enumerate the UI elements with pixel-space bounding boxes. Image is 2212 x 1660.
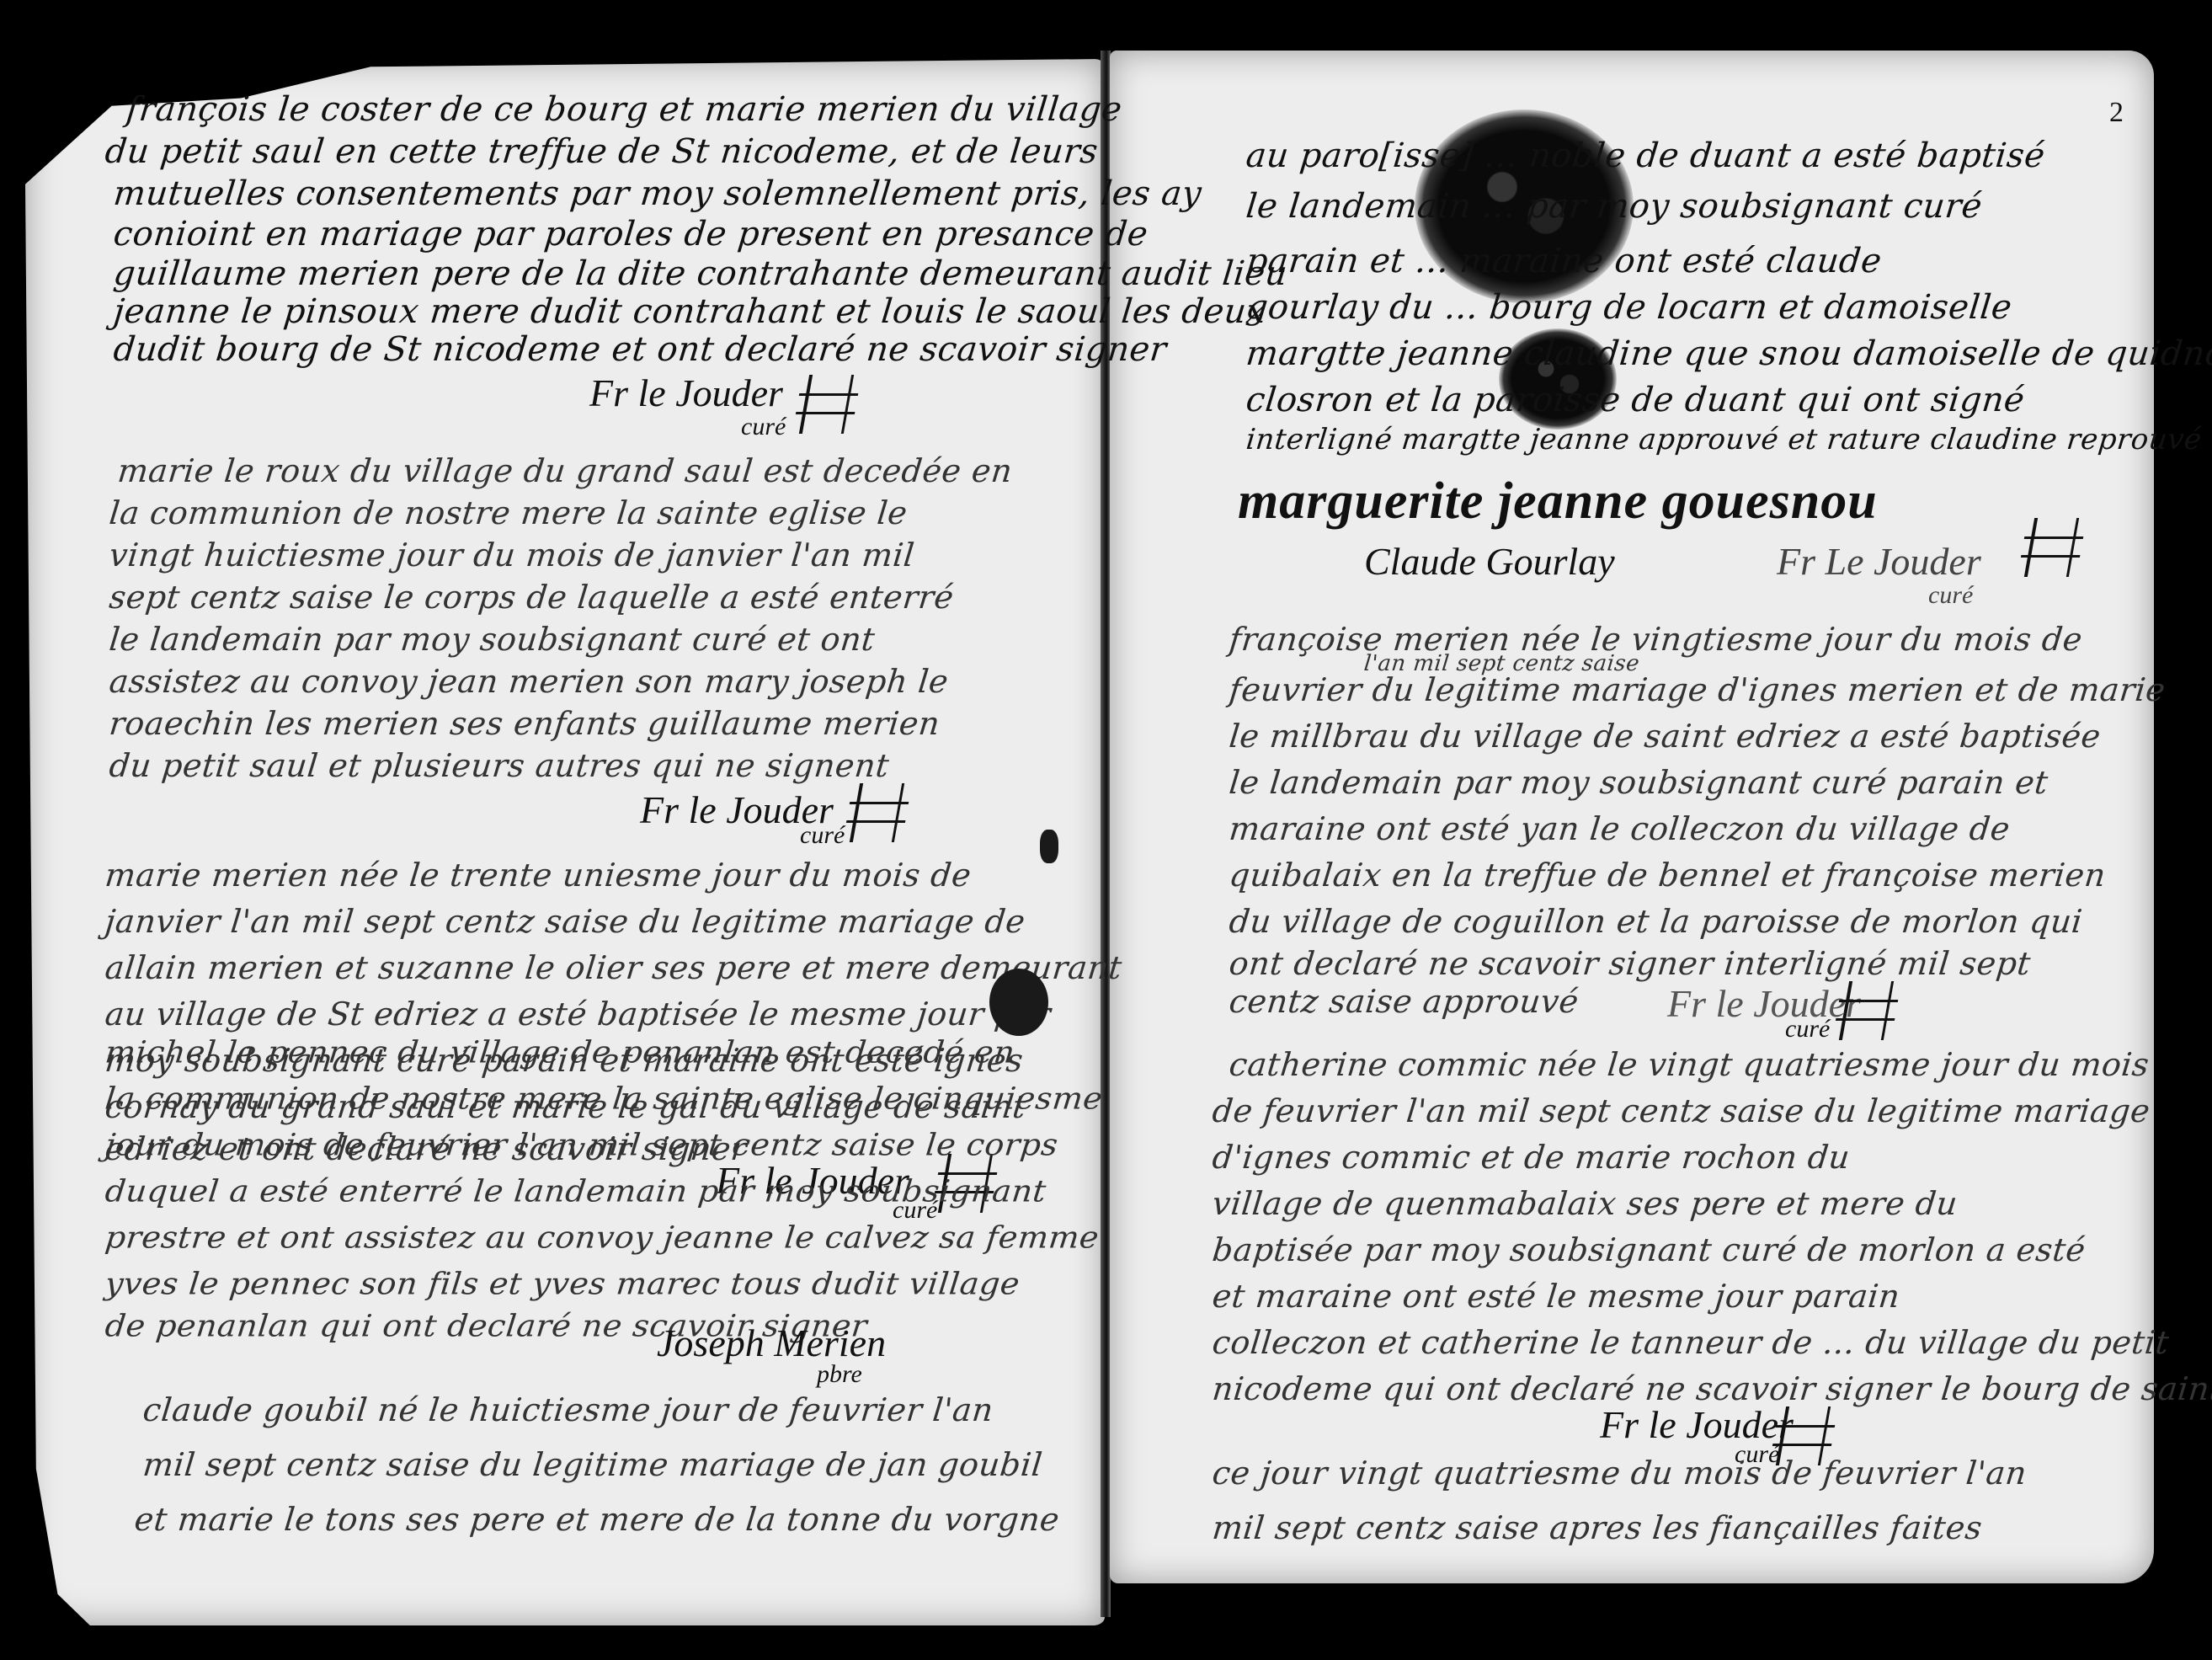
text-line: marie le roux du village du grand saul e… bbox=[116, 455, 1014, 487]
text-line: prestre et ont assistez au convoy jeanne… bbox=[104, 1222, 1101, 1252]
signature-claude-gourlay: Claude Gourlay bbox=[1364, 539, 1615, 584]
text-line: margtte jeanne claudine que snou damoise… bbox=[1245, 337, 2212, 371]
text-line: mil sept centz saise du legitime mariage… bbox=[141, 1449, 1044, 1481]
signature-title: curé bbox=[741, 413, 786, 441]
text-line: dudit bourg de St nicodeme et ont declar… bbox=[112, 333, 1169, 366]
signature-title: curé bbox=[1785, 1015, 1830, 1044]
signature-title: curé bbox=[800, 821, 845, 850]
text-line: village de quenmabalaix ses pere et mere… bbox=[1211, 1188, 1959, 1220]
text-line: ce jour vingt quatriesme du mois de feuv… bbox=[1211, 1457, 2028, 1489]
text-line: le millbrau du village de saint edriez a… bbox=[1228, 720, 2103, 752]
text-line: colleczon et catherine le tanneur de ...… bbox=[1211, 1326, 2171, 1358]
ink-blot bbox=[989, 969, 1048, 1036]
text-line: et maraine ont esté le mesme jour parain bbox=[1211, 1280, 1901, 1312]
text-line: sept centz saise le corps de laquelle a … bbox=[108, 581, 956, 613]
text-line: allain merien et suzanne le olier ses pe… bbox=[104, 952, 1123, 984]
text-line: roaechin les merien ses enfants guillaum… bbox=[108, 707, 941, 739]
page-number: 2 bbox=[2109, 97, 2124, 129]
text-line: du petit saul et plusieurs autres qui ne… bbox=[108, 750, 891, 782]
text-line: de feuvrier l'an mil sept centz saise du… bbox=[1211, 1095, 2151, 1127]
text-line: le landemain par moy soubsignant curé pa… bbox=[1228, 766, 2049, 798]
text-line: la communion de nostre mere la sainte eg… bbox=[104, 1083, 1104, 1113]
signature-cure: Fr Le Jouder bbox=[1777, 539, 1981, 584]
text-line: la communion de nostre mere la sainte eg… bbox=[108, 497, 909, 529]
text-line: le landemain par moy soubsignant curé et… bbox=[108, 623, 877, 655]
text-line: d'ignes commic et de marie rochon du bbox=[1211, 1141, 1852, 1173]
signature-joseph-merien: Joseph Merien bbox=[657, 1321, 886, 1365]
text-line: mutuelles consentements par moy solemnel… bbox=[112, 177, 1203, 211]
signature: Fr le Jouder bbox=[589, 371, 783, 415]
text-line: quibalaix en la treffue de bennel et fra… bbox=[1228, 859, 2108, 891]
text-line: maraine ont esté yan le colleczon du vil… bbox=[1228, 813, 2012, 845]
text-line: conioint en mariage par paroles de prese… bbox=[112, 217, 1149, 251]
text-line: catherine commic née le vingt quatriesme… bbox=[1228, 1049, 2151, 1081]
text-line: françoise merien née le vingtiesme jour … bbox=[1228, 623, 2084, 655]
text-line: au village de St edriez a esté baptisée … bbox=[104, 998, 1053, 1030]
text-line: nicodeme qui ont declaré ne scavoir sign… bbox=[1211, 1373, 2212, 1405]
text-line: au paro[isse] ... noble de duant a esté … bbox=[1245, 139, 2047, 173]
text-line: centz saise approuvé bbox=[1228, 985, 1580, 1017]
text-line: closron et la paroisse de duant qui ont … bbox=[1245, 383, 2027, 417]
text-line: claude goubil né le huictiesme jour de f… bbox=[141, 1394, 995, 1426]
text-line: du petit saul en cette treffue de St nic… bbox=[104, 135, 1100, 168]
text-line: mil sept centz saise apres les fiançaill… bbox=[1211, 1512, 1984, 1544]
text-line: guillaume merien pere de la dite contrah… bbox=[112, 257, 1289, 291]
text-line: le landemain ... par moy soubsignant cur… bbox=[1245, 189, 1984, 223]
text-line: janvier l'an mil sept centz saise du leg… bbox=[104, 905, 1027, 937]
text-line: yves le pennec son fils et yves marec to… bbox=[104, 1268, 1021, 1299]
text-line: michel le pennec du village de penanlan … bbox=[104, 1037, 1016, 1067]
signature: Fr le Jouder bbox=[1667, 981, 1861, 1026]
text-line: jour du mois de feuvrier l'an mil sept c… bbox=[104, 1129, 1059, 1160]
text-line: et marie le tons ses pere et mere de la … bbox=[133, 1503, 1061, 1535]
text-line: du village de coguillon et la paroisse d… bbox=[1228, 905, 2084, 937]
ink-blot bbox=[1040, 830, 1058, 863]
text-line: vingt huictiesme jour du mois de janvier… bbox=[108, 539, 916, 571]
signature-title: curé bbox=[1928, 581, 1973, 610]
interlinear-note: interligné margtte jeanne approuvé et ra… bbox=[1245, 425, 2203, 454]
text-line: jeanne le pinsoux mere dudit contrahant … bbox=[112, 295, 1267, 328]
text-line: françois le coster de ce bourg et marie … bbox=[125, 93, 1124, 126]
text-line: marie merien née le trente uniesme jour … bbox=[104, 859, 973, 891]
text-line: baptisée par moy soubsignant curé de mor… bbox=[1211, 1234, 2087, 1266]
text-line: duquel a esté enterré le landemain par m… bbox=[104, 1176, 1047, 1206]
text-line: feuvrier du legitime mariage d'ignes mer… bbox=[1228, 674, 2167, 706]
signature-title: pbre bbox=[817, 1360, 862, 1389]
text-line: ont declaré ne scavoir signer interligné… bbox=[1228, 947, 2032, 979]
text-line: gourlay du ... bourg de locarn et damois… bbox=[1245, 291, 2013, 324]
signature-marguerite-gouesnou: marguerite jeanne gouesnou bbox=[1238, 472, 1878, 531]
text-line: parain et ... maraine ont esté claude bbox=[1245, 244, 1884, 278]
text-line: assistez au convoy jean merien son mary … bbox=[108, 665, 950, 697]
